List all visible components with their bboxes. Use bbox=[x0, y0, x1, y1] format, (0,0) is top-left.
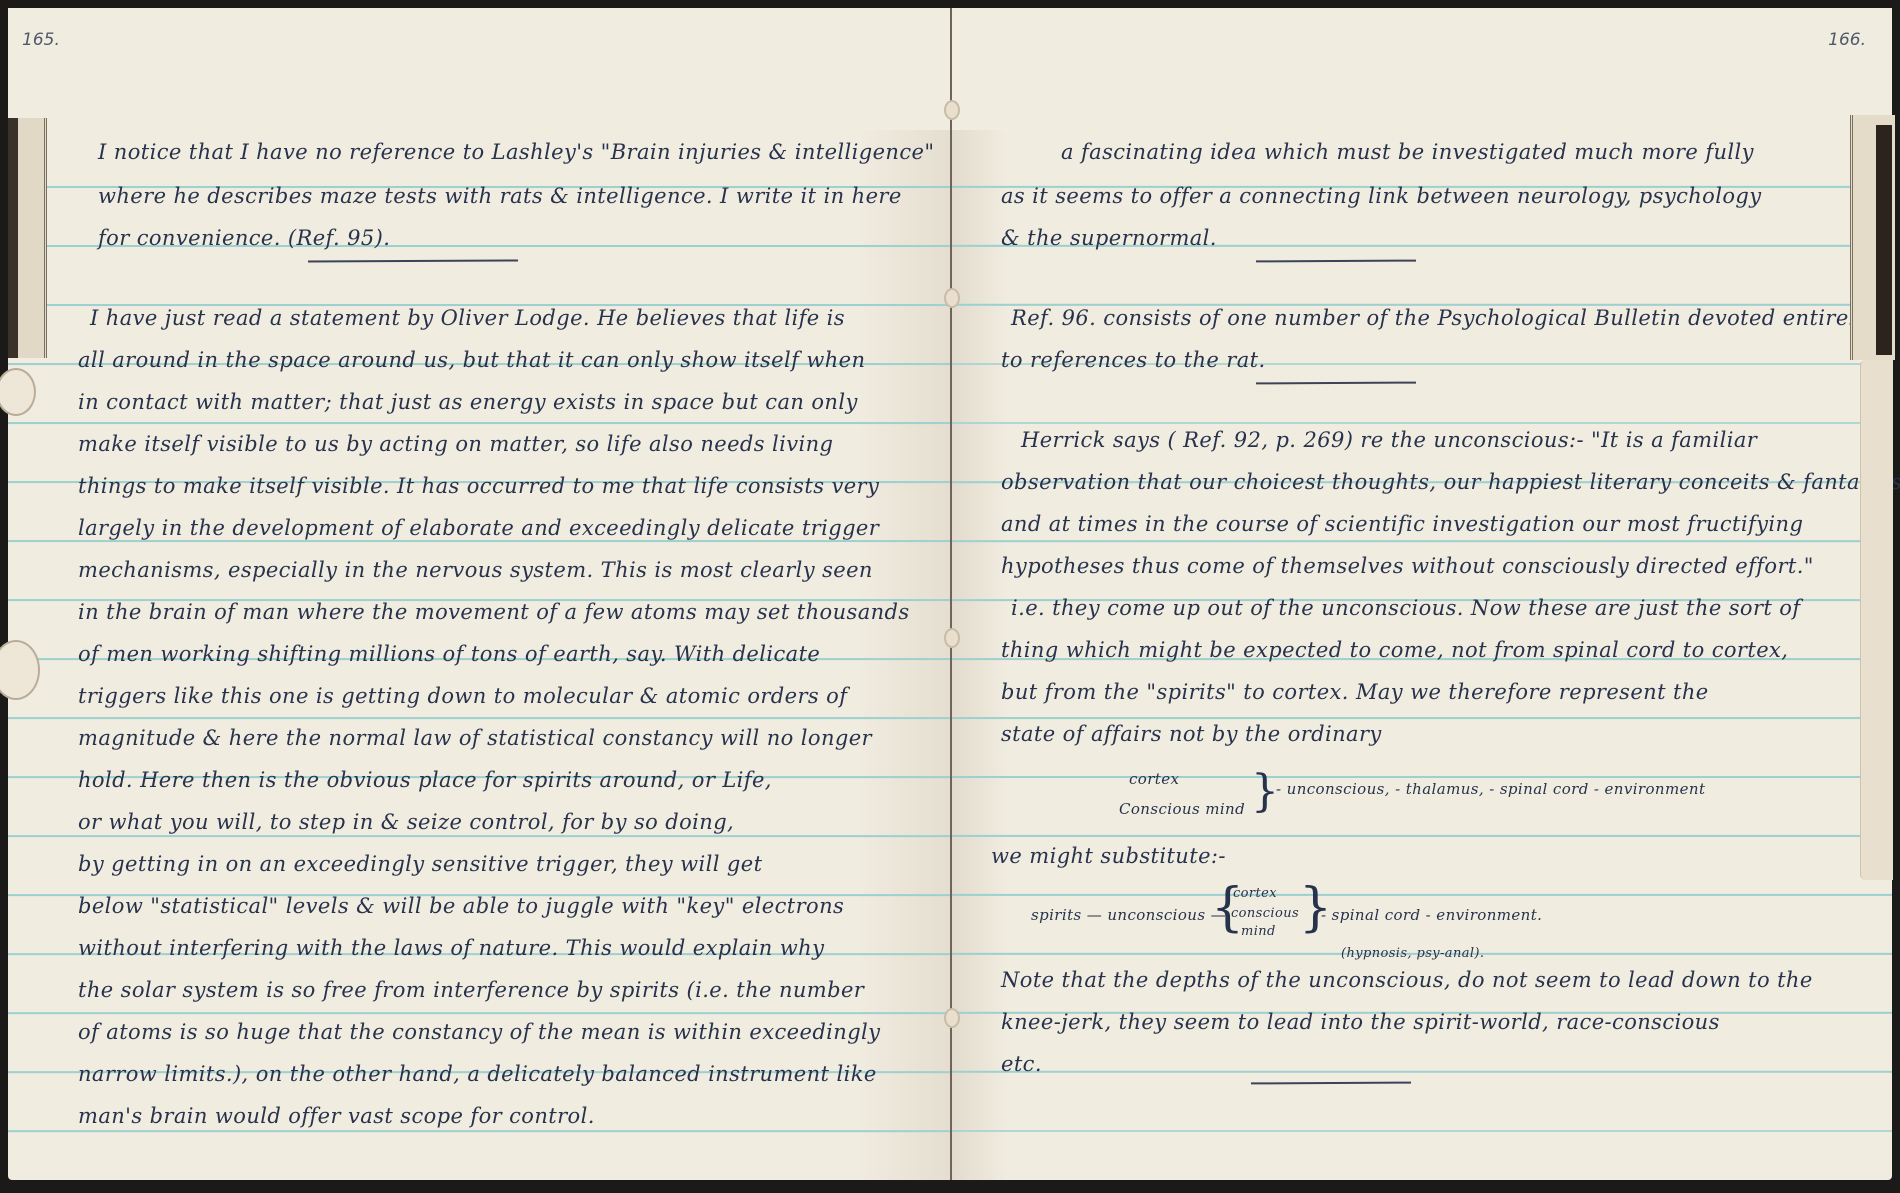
text-line: Ref. 96. consists of one number of the P… bbox=[1011, 306, 1868, 330]
text-line: without interfering with the laws of nat… bbox=[78, 936, 824, 960]
binding-gutter bbox=[950, 8, 952, 1180]
text-line: triggers like this one is getting down t… bbox=[78, 684, 847, 708]
page-header-margin bbox=[951, 8, 1892, 130]
binding-stitch bbox=[944, 100, 960, 120]
text-line: all around in the space around us, but t… bbox=[78, 348, 865, 372]
text-line: I have just read a statement by Oliver L… bbox=[90, 306, 845, 330]
binding-stitch bbox=[944, 628, 960, 648]
text-line: largely in the development of elaborate … bbox=[78, 516, 879, 540]
text-line: of atoms is so huge that the constancy o… bbox=[78, 1020, 880, 1044]
right-page: 166. a fascinating idea which must be in… bbox=[951, 8, 1892, 1180]
text-line: but from the "spirits" to cortex. May we… bbox=[1001, 680, 1709, 704]
text-line: of men working shifting millions of tons… bbox=[78, 642, 820, 666]
text-line: a fascinating idea which must be investi… bbox=[1061, 140, 1754, 164]
text-line: to references to the rat. bbox=[1001, 348, 1266, 372]
text-line: magnitude & here the normal law of stati… bbox=[78, 726, 872, 750]
text-line: make itself visible to us by acting on m… bbox=[78, 432, 833, 456]
text-line: and at times in the course of scientific… bbox=[1001, 512, 1803, 536]
text-line: the solar system is so free from interfe… bbox=[78, 978, 864, 1002]
notebook-spread: 165. I notice that I have no reference t… bbox=[8, 8, 1892, 1180]
text-line: & the supernormal. bbox=[1001, 226, 1217, 250]
text-line: Note that the depths of the unconscious,… bbox=[1001, 968, 1813, 992]
binding-stitch bbox=[944, 1008, 960, 1028]
diagram-lead: spirits — unconscious — bbox=[1031, 906, 1226, 924]
text-line: hypotheses thus come of themselves witho… bbox=[1001, 554, 1814, 578]
text-line: etc. bbox=[1001, 1052, 1042, 1076]
right-brace-icon: } bbox=[1251, 766, 1279, 817]
diagram-chain: - spinal cord - environment. bbox=[1321, 906, 1542, 924]
page-number-right: 166. bbox=[1828, 30, 1866, 50]
text-line: where he describes maze tests with rats … bbox=[98, 184, 902, 208]
left-page: 165. I notice that I have no reference t… bbox=[8, 8, 951, 1180]
text-line: as it seems to offer a connecting link b… bbox=[1001, 184, 1762, 208]
binding-stitch bbox=[944, 288, 960, 308]
text-line: state of affairs not by the ordinary bbox=[1001, 722, 1382, 746]
diagram-conscious-label: conscious bbox=[1231, 906, 1299, 921]
text-line: mechanisms, especially in the nervous sy… bbox=[78, 558, 873, 582]
text-line: things to make itself visible. It has oc… bbox=[78, 474, 879, 498]
right-edge-page-stack bbox=[1860, 360, 1893, 880]
text-line: Herrick says ( Ref. 92, p. 269) re the u… bbox=[1021, 428, 1757, 452]
text-line: i.e. they come up out of the unconscious… bbox=[1011, 596, 1801, 620]
text-line: I notice that I have no reference to Las… bbox=[98, 140, 934, 164]
text-line: below "statistical" levels & will be abl… bbox=[78, 894, 844, 918]
left-edge-shadow bbox=[8, 118, 18, 358]
page-header-margin bbox=[8, 8, 951, 130]
text-line: for convenience. (Ref. 95). bbox=[98, 226, 390, 250]
text-line: in the brain of man where the movement o… bbox=[78, 600, 910, 624]
text-line: we might substitute:- bbox=[991, 844, 1226, 868]
text-line: by getting in on an exceedingly sensitiv… bbox=[78, 852, 762, 876]
text-line: in contact with matter; that just as ene… bbox=[78, 390, 858, 414]
diagram-note: (hypnosis, psy-anal). bbox=[1341, 946, 1484, 961]
diagram-conscious-mind-label: Conscious mind bbox=[1119, 800, 1245, 818]
text-line: man's brain would offer vast scope for c… bbox=[78, 1104, 595, 1128]
diagram-cortex-label: cortex bbox=[1233, 886, 1277, 901]
diagram-cortex-label: cortex bbox=[1129, 770, 1179, 788]
text-line: narrow limits.), on the other hand, a de… bbox=[78, 1062, 877, 1086]
text-line: knee-jerk, they seem to lead into the sp… bbox=[1001, 1010, 1720, 1034]
diagram-mind-label: mind bbox=[1241, 924, 1276, 939]
diagram-chain: - unconscious, - thalamus, - spinal cord… bbox=[1276, 780, 1705, 798]
text-line: or what you will, to step in & seize con… bbox=[78, 810, 734, 834]
text-line: observation that our choicest thoughts, … bbox=[1001, 470, 1900, 494]
right-edge-shadow bbox=[1876, 125, 1892, 355]
text-line: thing which might be expected to come, n… bbox=[1001, 638, 1788, 662]
page-number-left: 165. bbox=[22, 30, 60, 50]
text-line: hold. Here then is the obvious place for… bbox=[78, 768, 772, 792]
